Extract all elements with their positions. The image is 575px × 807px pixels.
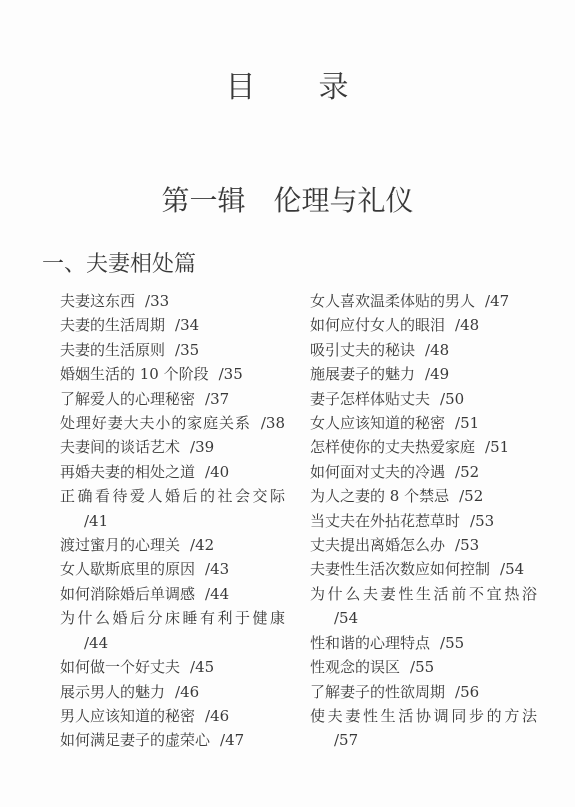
toc-entry-page-number: /40 (205, 463, 229, 481)
toc-entry-page-number: /43 (205, 560, 229, 578)
toc-entry-title: 正确看待爱人婚后的社会交际 (60, 487, 285, 505)
toc-entry-page-number: /34 (175, 316, 199, 334)
toc-entry: 使夫妻性生活协调同步的方法 (310, 704, 537, 728)
toc-column-right: 女人喜欢温柔体贴的男人/47如何应付女人的眼泪/48吸引丈夫的秘诀/48施展妻子… (310, 289, 537, 753)
toc-entry: 女人应该知道的秘密/51 (310, 411, 537, 435)
toc-entry: 男人应该知道的秘密/46 (60, 704, 285, 728)
toc-entry-page-number: /49 (425, 365, 449, 383)
toc-entry-page-number: /38 (261, 414, 285, 432)
toc-entry: 夫妻性生活次数应如何控制/54 (310, 557, 537, 581)
toc-entry-page-number: /39 (190, 438, 214, 456)
toc-entry-title: 性观念的误区 (310, 658, 400, 676)
toc-entry-continuation: /41 (60, 509, 285, 533)
toc-entry: 渡过蜜月的心理关/42 (60, 533, 285, 557)
toc-entry-title: 婚姻生活的 10 个阶段 (60, 365, 209, 383)
toc-entry-title: 施展妻子的魅力 (310, 365, 415, 383)
toc-entry-page-number: /57 (334, 731, 358, 749)
toc-entry: 如何消除婚后单调感/44 (60, 582, 285, 606)
toc-entry-page-number: /53 (455, 536, 479, 554)
toc-entry-title: 夫妻这东西 (60, 292, 135, 310)
book-toc-page: 目 录 第一辑 伦理与礼仪 一、夫妻相处篇 夫妻这东西/33夫妻的生活周期/34… (0, 0, 575, 807)
toc-entry: 施展妻子的魅力/49 (310, 362, 537, 386)
toc-entry-title: 处理好妻大夫小的家庭关系 (60, 414, 251, 432)
toc-entry-title: 性和谐的心理特点 (310, 634, 430, 652)
toc-entry-title: 夫妻间的谈话艺术 (60, 438, 180, 456)
toc-entry-page-number: /37 (205, 390, 229, 408)
toc-entry-page-number: /53 (470, 512, 494, 530)
toc-entry-title: 了解爱人的心理秘密 (60, 390, 195, 408)
toc-entry-title: 女人歇斯底里的原因 (60, 560, 195, 578)
toc-entry-title: 夫妻的生活周期 (60, 316, 165, 334)
toc-entry-title: 展示男人的魅力 (60, 683, 165, 701)
toc-entry: 处理好妻大夫小的家庭关系/38 (60, 411, 285, 435)
toc-entry: 妻子怎样体贴丈夫/50 (310, 387, 537, 411)
toc-entry-page-number: /45 (190, 658, 214, 676)
toc-entry-title: 使夫妻性生活协调同步的方法 (310, 707, 537, 725)
toc-entry-title: 为人之妻的 8 个禁忌 (310, 487, 449, 505)
toc-entry: 为什么夫妻性生活前不宜热浴 (310, 582, 537, 606)
toc-entry: 正确看待爱人婚后的社会交际 (60, 484, 285, 508)
toc-entry-title: 渡过蜜月的心理关 (60, 536, 180, 554)
toc-entry-page-number: /55 (410, 658, 434, 676)
toc-entry: 如何应付女人的眼泪/48 (310, 313, 537, 337)
toc-entry: 性观念的误区/55 (310, 655, 537, 679)
toc-entry-title: 女人应该知道的秘密 (310, 414, 445, 432)
toc-entry-title: 夫妻的生活原则 (60, 341, 165, 359)
toc-entry-page-number: /52 (459, 487, 483, 505)
toc-entry-title: 如何做一个好丈夫 (60, 658, 180, 676)
toc-entry: 如何满足妻子的虚荣心/47 (60, 728, 285, 752)
toc-entry-continuation: /57 (310, 728, 537, 752)
toc-entry-page-number: /54 (500, 560, 524, 578)
toc-entry-page-number: /51 (455, 414, 479, 432)
toc-entry: 夫妻的生活周期/34 (60, 313, 285, 337)
toc-entry: 夫妻间的谈话艺术/39 (60, 435, 285, 459)
toc-entry-title: 吸引丈夫的秘诀 (310, 341, 415, 359)
toc-entry-page-number: /46 (175, 683, 199, 701)
toc-entry-page-number: /46 (205, 707, 229, 725)
toc-entry-title: 如何满足妻子的虚荣心 (60, 731, 210, 749)
section-heading: 一、夫妻相处篇 (42, 251, 196, 278)
toc-entry-page-number: /47 (485, 292, 509, 310)
toc-entry-title: 为什么婚后分床睡有利于健康 (60, 609, 285, 627)
toc-entry: 如何面对丈夫的冷遇/52 (310, 460, 537, 484)
toc-entry-page-number: /51 (485, 438, 509, 456)
toc-entry: 女人喜欢温柔体贴的男人/47 (310, 289, 537, 313)
toc-entry: 性和谐的心理特点/55 (310, 631, 537, 655)
page-title: 目 录 (0, 71, 575, 105)
toc-entry-title: 为什么夫妻性生活前不宜热浴 (310, 585, 537, 603)
toc-entry: 了解爱人的心理秘密/37 (60, 387, 285, 411)
toc-entry-continuation: /44 (60, 631, 285, 655)
toc-entry: 再婚夫妻的相处之道/40 (60, 460, 285, 484)
toc-entry-title: 夫妻性生活次数应如何控制 (310, 560, 490, 578)
toc-entry-page-number: /42 (190, 536, 214, 554)
toc-entry: 女人歇斯底里的原因/43 (60, 557, 285, 581)
toc-entry-continuation: /54 (310, 606, 537, 630)
toc-entry: 夫妻这东西/33 (60, 289, 285, 313)
toc-entry-page-number: /41 (84, 512, 108, 530)
toc-entry: 为什么婚后分床睡有利于健康 (60, 606, 285, 630)
toc-entry: 如何做一个好丈夫/45 (60, 655, 285, 679)
toc-entry-page-number: /54 (334, 609, 358, 627)
toc-entry-title: 妻子怎样体贴丈夫 (310, 390, 430, 408)
toc-entry-title: 再婚夫妻的相处之道 (60, 463, 195, 481)
toc-entry: 当丈夫在外拈花惹草时/53 (310, 509, 537, 533)
toc-column-left: 夫妻这东西/33夫妻的生活周期/34夫妻的生活原则/35婚姻生活的 10 个阶段… (60, 289, 285, 753)
toc-entry: 展示男人的魅力/46 (60, 680, 285, 704)
toc-entry: 怎样使你的丈夫热爱家庭/51 (310, 435, 537, 459)
part-heading: 第一辑 伦理与礼仪 (0, 184, 575, 218)
toc-entry-page-number: /44 (84, 634, 108, 652)
toc-entry-page-number: /35 (219, 365, 243, 383)
toc-entry-title: 如何应付女人的眼泪 (310, 316, 445, 334)
toc-entry-page-number: /33 (145, 292, 169, 310)
toc-entry-title: 怎样使你的丈夫热爱家庭 (310, 438, 475, 456)
toc-entry-page-number: /35 (175, 341, 199, 359)
toc-entry-title: 如何消除婚后单调感 (60, 585, 195, 603)
toc-entry: 丈夫提出离婚怎么办/53 (310, 533, 537, 557)
toc-entry: 吸引丈夫的秘诀/48 (310, 338, 537, 362)
toc-entry-title: 如何面对丈夫的冷遇 (310, 463, 445, 481)
toc-entry-page-number: /56 (455, 683, 479, 701)
toc-entry-page-number: /50 (440, 390, 464, 408)
toc-entry-title: 女人喜欢温柔体贴的男人 (310, 292, 475, 310)
toc-entry-page-number: /44 (205, 585, 229, 603)
toc-entry: 为人之妻的 8 个禁忌/52 (310, 484, 537, 508)
toc-entry-title: 当丈夫在外拈花惹草时 (310, 512, 460, 530)
toc-entry-title: 了解妻子的性欲周期 (310, 683, 445, 701)
toc-entry: 了解妻子的性欲周期/56 (310, 680, 537, 704)
toc-entry-page-number: /55 (440, 634, 464, 652)
toc-entry-page-number: /48 (425, 341, 449, 359)
toc-entry-title: 男人应该知道的秘密 (60, 707, 195, 725)
toc-entry-title: 丈夫提出离婚怎么办 (310, 536, 445, 554)
toc-entry-page-number: /47 (220, 731, 244, 749)
toc-entry-page-number: /52 (455, 463, 479, 481)
toc-entry: 夫妻的生活原则/35 (60, 338, 285, 362)
toc-entry: 婚姻生活的 10 个阶段/35 (60, 362, 285, 386)
toc-entry-page-number: /48 (455, 316, 479, 334)
